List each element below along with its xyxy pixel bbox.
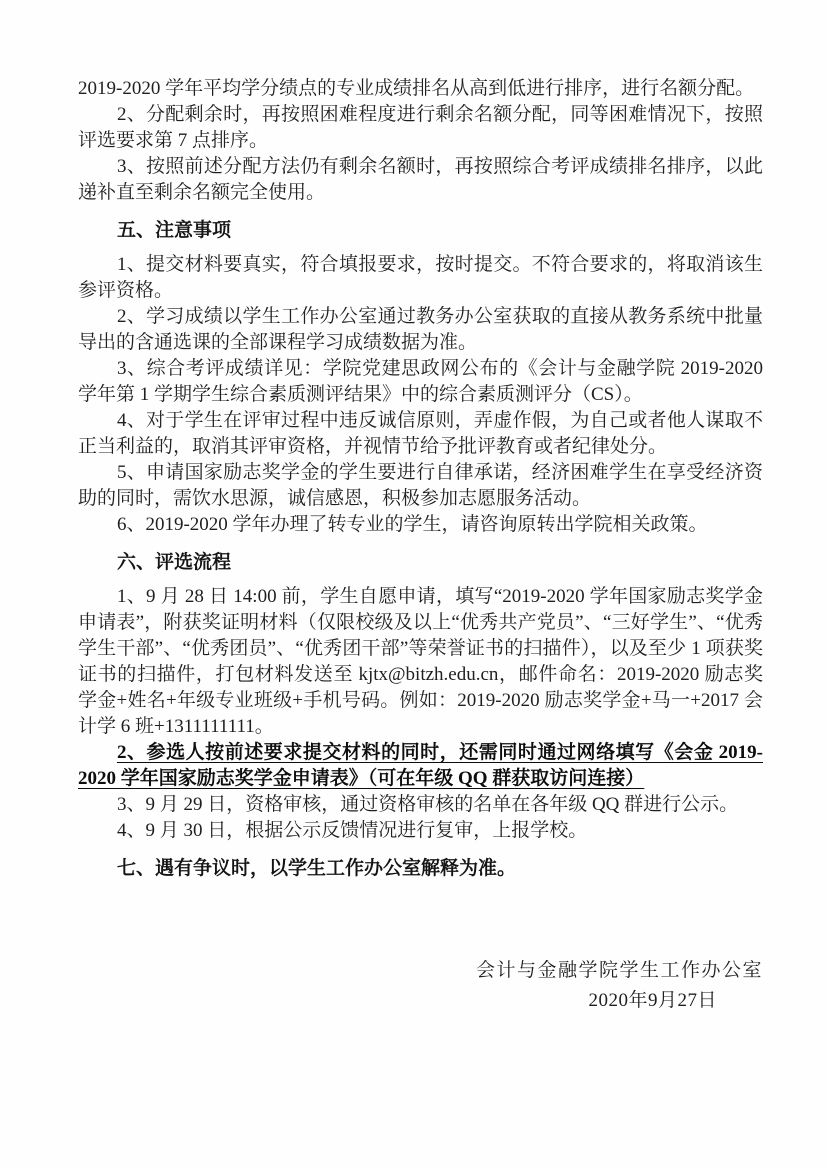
intro-paragraph-continuation: 2019-2020 学年平均学分绩点的专业成绩排名从高到低进行排序，进行名额分配…	[78, 76, 763, 102]
process-item-1: 1、9 月 28 日 14:00 前，学生自愿申请，填写“2019-2020 学…	[78, 584, 763, 740]
signature-office: 会计与金融学院学生工作办公室	[78, 956, 763, 986]
section-dispute-heading: 七、遇有争议时，以学生工作办公室解释为准。	[78, 856, 763, 882]
process-item-2-emphasized: 2、参选人按前述要求提交材料的同时，还需同时通过网络填写《会金 2019-202…	[78, 740, 763, 792]
notes-item-1: 1、提交材料要真实，符合填报要求，按时提交。不符合要求的，将取消该生参评资格。	[78, 252, 763, 304]
notes-item-3: 3、综合考评成绩详见：学院党建思政网公布的《会计与金融学院 2019-2020 …	[78, 356, 763, 408]
notes-item-5: 5、申请国家励志奖学金的学生要进行自律承诺，经济困难学生在享受经济资助的同时，需…	[78, 460, 763, 512]
signature-block: 会计与金融学院学生工作办公室 2020年9月27日	[78, 956, 763, 1016]
notes-item-4: 4、对于学生在评审过程中违反诚信原则，弄虚作假，为自己或者他人谋取不正当利益的，…	[78, 408, 763, 460]
signature-date: 2020年9月27日	[78, 986, 763, 1016]
section-process-heading: 六、评选流程	[78, 550, 763, 576]
notes-item-2: 2、学习成绩以学生工作办公室通过教务办公室获取的直接从教务系统中批量导出的含通选…	[78, 304, 763, 356]
section-notes-heading: 五、注意事项	[78, 218, 763, 244]
notes-item-6: 6、2019-2020 学年办理了转专业的学生，请咨询原转出学院相关政策。	[78, 512, 763, 538]
intro-paragraph-3: 3、按照前述分配方法仍有剩余名额时，再按照综合考评成绩排名排序，以此递补直至剩余…	[78, 154, 763, 206]
process-item-4: 4、9 月 30 日，根据公示反馈情况进行复审，上报学校。	[78, 818, 763, 844]
document-page: 2019-2020 学年平均学分绩点的专业成绩排名从高到低进行排序，进行名额分配…	[0, 0, 827, 1169]
process-item-3: 3、9 月 29 日，资格审核，通过资格审核的名单在各年级 QQ 群进行公示。	[78, 792, 763, 818]
intro-paragraph-2: 2、分配剩余时，再按照困难程度进行剩余名额分配，同等困难情况下，按照评选要求第 …	[78, 102, 763, 154]
